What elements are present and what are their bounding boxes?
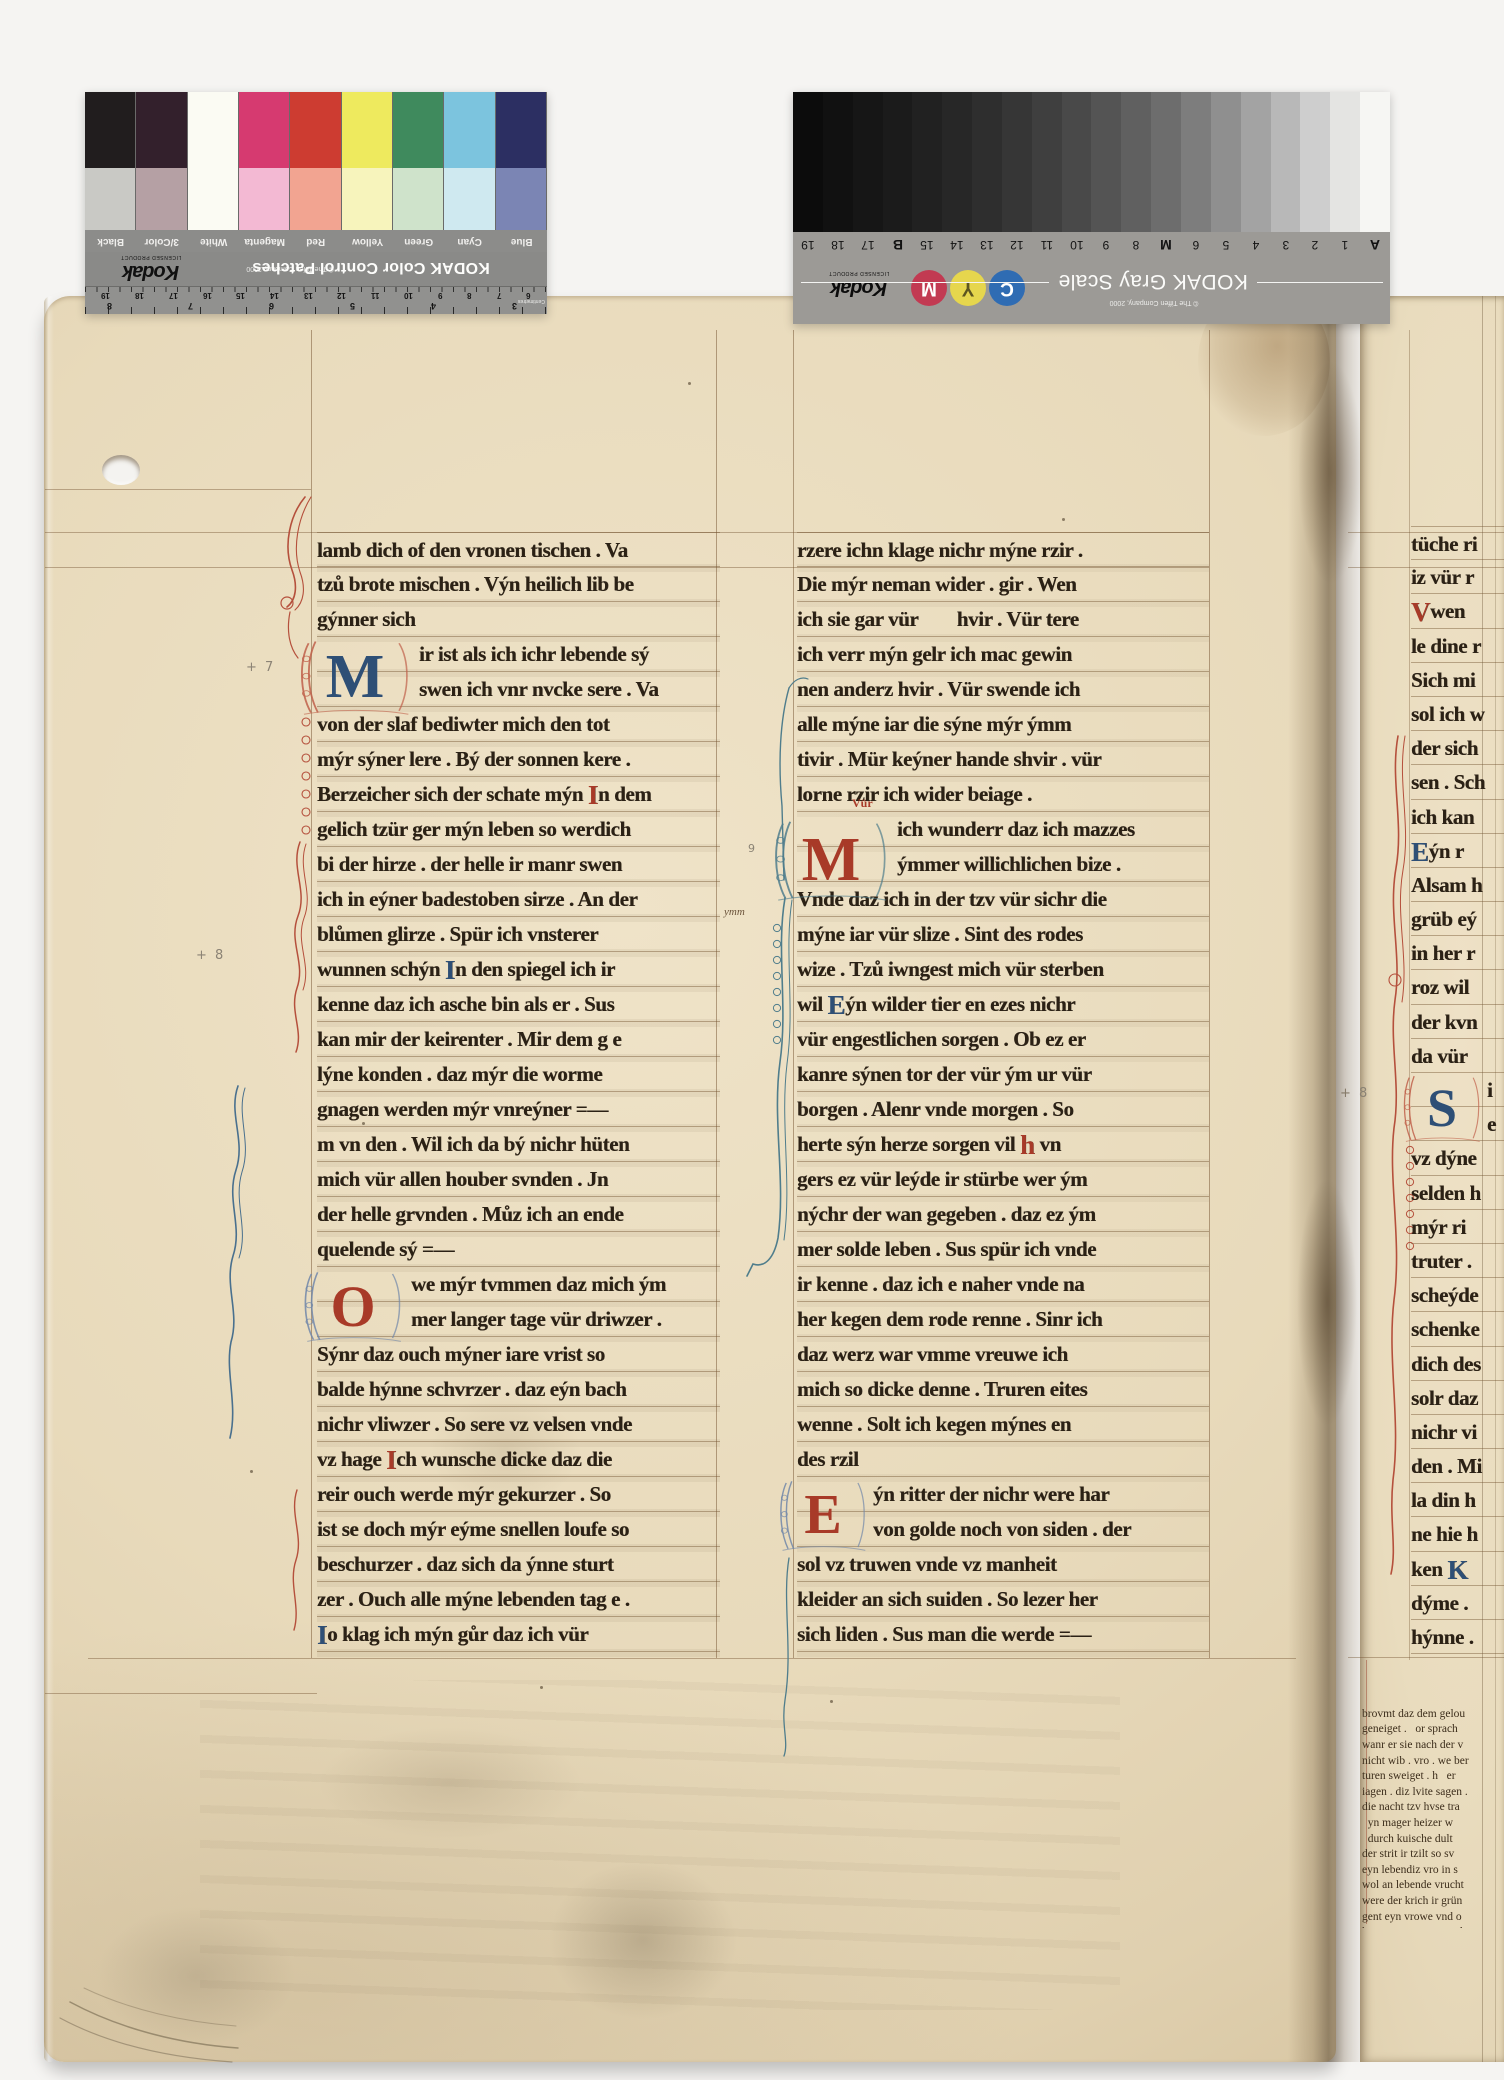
color-patch-tint xyxy=(342,168,392,230)
color-patch-tint xyxy=(496,168,546,230)
color-patch xyxy=(342,92,392,168)
gray-step-label: 14 xyxy=(942,232,972,258)
kodak-logo-text: Kodak xyxy=(99,260,203,283)
color-patch-tint xyxy=(136,168,186,230)
gray-step xyxy=(972,92,1002,232)
gray-step xyxy=(912,92,942,232)
color-patch-label: White xyxy=(188,230,239,252)
color-patch-column xyxy=(496,92,547,230)
color-patch-grid xyxy=(85,92,547,230)
gray-step xyxy=(1330,92,1360,232)
ruler-cm-number: 3 xyxy=(512,301,517,311)
ruler-cm-number: 5 xyxy=(350,301,355,311)
gray-step-label: M xyxy=(1151,232,1181,258)
gray-step-label: 9 xyxy=(1091,232,1121,258)
gloss-line: die nacht tzv hvse tra xyxy=(1362,1800,1504,1816)
color-patch-tint xyxy=(239,168,289,230)
divider-line xyxy=(801,282,1049,283)
ink-speck xyxy=(250,1470,253,1473)
ruling-line-horizontal xyxy=(1348,567,1504,568)
gloss-line: nicht wib . vro . we ber xyxy=(1362,1754,1504,1770)
rubric-correction: Vür xyxy=(852,796,873,811)
gloss-line: yn mager heizer w xyxy=(1362,1816,1504,1832)
gloss-line: der strit ir tzilt so sv xyxy=(1362,1847,1504,1863)
gloss-line: brovmt daz dem gelou xyxy=(1362,1707,1504,1723)
color-card-title: KODAK Color Control Patches xyxy=(203,258,539,276)
parchment-page-left xyxy=(44,296,1336,2062)
kodak-gray-scale-card: 191817B15141312111098M654321A Kodak LICE… xyxy=(793,92,1390,324)
ruler-number: 7 xyxy=(497,291,501,300)
pencil-mark: 9 xyxy=(748,842,755,855)
gloss-line: iagen . diz lvite sagen . xyxy=(1362,1785,1504,1801)
gray-step xyxy=(1032,92,1062,232)
gray-step xyxy=(1360,92,1390,232)
ruler-number: 9 xyxy=(438,291,442,300)
color-patch-column xyxy=(342,92,393,230)
color-patch-label: Yellow xyxy=(342,230,393,252)
gray-step-label: 13 xyxy=(972,232,1002,258)
color-patch xyxy=(496,92,546,168)
gray-step xyxy=(853,92,883,232)
gray-step-label: 12 xyxy=(1002,232,1032,258)
ruling-line-horizontal xyxy=(88,1658,1296,1659)
gloss-line: hane vrowen nam so l xyxy=(1362,1925,1504,1928)
gloss-line: geneiget . or sprach xyxy=(1362,1722,1504,1738)
color-patch-tint xyxy=(393,168,443,230)
color-patch xyxy=(290,92,340,168)
ink-speck xyxy=(1062,518,1065,521)
gray-step-label: 2 xyxy=(1300,232,1330,258)
ruler-cm-number: 8 xyxy=(107,301,112,311)
color-patch-column xyxy=(85,92,136,230)
ruler-cm-number: 4 xyxy=(431,301,436,311)
color-patch xyxy=(444,92,494,168)
ruling-line-vertical xyxy=(311,330,312,1658)
gray-step xyxy=(1241,92,1271,232)
ruling-line-horizontal xyxy=(45,1693,317,1694)
color-patch-labels: Black3/ColorWhiteMagentaRedYellowGreenCy… xyxy=(85,230,547,252)
licensed-product-text: LICENSED PRODUCT xyxy=(99,254,203,260)
gloss-line: eyn lebendiz vro in s xyxy=(1362,1863,1504,1879)
color-patch-label: Green xyxy=(393,230,444,252)
gray-step-label: 4 xyxy=(1241,232,1271,258)
ruling-line-horizontal xyxy=(45,489,311,490)
magenta-ink-dot: M xyxy=(911,270,947,306)
pencil-mark: + 7 xyxy=(246,660,275,675)
ruler-cm-numbers: 876543 xyxy=(107,301,517,311)
ruling-line-horizontal xyxy=(1348,1657,1504,1658)
gray-step xyxy=(823,92,853,232)
ruling-line-horizontal xyxy=(1348,532,1504,533)
divider-line xyxy=(1257,282,1383,283)
gloss-line: wanr er sie nach der v xyxy=(1362,1738,1504,1754)
marginal-gloss: brovmt daz dem gelougeneiget . or sprach… xyxy=(1362,1660,1504,1928)
color-patch-label: Magenta xyxy=(239,230,290,252)
color-patch-column xyxy=(393,92,444,230)
licensed-product-text: LICENSED PRODUCT xyxy=(807,270,911,276)
gray-step xyxy=(1002,92,1032,232)
ruler-numbers: 191817161514131211109876 xyxy=(89,291,543,300)
gray-scale-strip xyxy=(793,92,1390,232)
gray-step xyxy=(1121,92,1151,232)
color-card-ruler: 191817161514131211109876 876543 Centimet… xyxy=(85,286,547,314)
pencil-mark: + 8 xyxy=(1340,1086,1369,1101)
gray-step xyxy=(1211,92,1241,232)
yellow-ink-dot: Y xyxy=(950,270,986,306)
ruler-number: 15 xyxy=(236,291,245,300)
color-patch xyxy=(188,92,238,168)
gray-scale-labels: 191817B15141312111098M654321A xyxy=(793,232,1390,258)
color-patch-label: Cyan xyxy=(444,230,495,252)
ruler-cm-number: 6 xyxy=(269,301,274,311)
catchword-note: ymm xyxy=(724,906,745,918)
gray-step-label: 3 xyxy=(1271,232,1301,258)
kodak-logo-text: Kodak xyxy=(807,276,911,299)
color-patch-label: Red xyxy=(290,230,341,252)
gray-step xyxy=(1181,92,1211,232)
ink-speck xyxy=(830,1700,833,1703)
gray-step-label: B xyxy=(883,232,913,258)
ink-speck xyxy=(688,382,691,385)
gray-step xyxy=(1271,92,1301,232)
ruler-number: 14 xyxy=(270,291,279,300)
ruler-number: 11 xyxy=(371,291,379,300)
pencil-mark: + 8 xyxy=(196,948,225,963)
ruler-number: 16 xyxy=(203,291,212,300)
gray-step-label: 15 xyxy=(912,232,942,258)
color-patch-label: Blue xyxy=(496,230,547,252)
gloss-line: gent eyn vrowe vnd o xyxy=(1362,1910,1504,1926)
color-patch-tint xyxy=(85,168,135,230)
gray-step-label: 11 xyxy=(1032,232,1062,258)
color-patch-column xyxy=(444,92,495,230)
gray-step-label: 5 xyxy=(1211,232,1241,258)
gray-card-title: KODAK Gray Scale xyxy=(1053,269,1253,293)
color-patch xyxy=(136,92,186,168)
color-patch-tint xyxy=(290,168,340,230)
kodak-color-control-patches-card: Black3/ColorWhiteMagentaRedYellowGreenCy… xyxy=(85,92,547,314)
ruler-number: 12 xyxy=(337,291,346,300)
color-patch-tint xyxy=(444,168,494,230)
ink-speck xyxy=(540,1686,543,1689)
gray-card-branding: Kodak LICENSED PRODUCT M Y C KODAK Gray … xyxy=(793,258,1390,324)
gray-step-label: 6 xyxy=(1181,232,1211,258)
ruler-cm-number: 7 xyxy=(188,301,193,311)
color-card-branding: Kodak LICENSED PRODUCT © The Tiffen Comp… xyxy=(85,252,547,286)
gray-step xyxy=(1091,92,1121,232)
ink-speck xyxy=(362,1122,365,1125)
ruling-line-vertical xyxy=(793,330,794,1658)
ruler-number: 8 xyxy=(467,291,471,300)
gray-step-label: 1 xyxy=(1330,232,1360,258)
color-patch-label: Black xyxy=(85,230,136,252)
gloss-line: were der krich ir grün xyxy=(1362,1894,1504,1910)
gray-step-label: A xyxy=(1360,232,1390,258)
gray-step xyxy=(883,92,913,232)
gray-step-label: 10 xyxy=(1062,232,1092,258)
ruler-number: 10 xyxy=(404,291,413,300)
color-patch-tint xyxy=(188,168,238,230)
ruler-unit-label: Centimetres xyxy=(518,298,545,304)
ruling-line-horizontal xyxy=(45,567,1209,568)
kodak-logo: Kodak LICENSED PRODUCT xyxy=(807,270,911,299)
ruling-line-vertical xyxy=(1409,330,1410,1660)
ruling-line-vertical xyxy=(716,330,717,1658)
gloss-line: durch kuische dult xyxy=(1362,1832,1504,1848)
gray-step xyxy=(942,92,972,232)
color-patch-column xyxy=(290,92,341,230)
manuscript-digitization-photo: lamb dich of den vronen tischen . Vatzů … xyxy=(0,0,1504,2080)
gray-step xyxy=(1300,92,1330,232)
color-patch-column xyxy=(136,92,187,230)
ruler-number: 13 xyxy=(304,291,313,300)
gloss-line: turen sweiget . h er xyxy=(1362,1769,1504,1785)
gray-step-label: 18 xyxy=(823,232,853,258)
gray-step xyxy=(1151,92,1181,232)
copyright-text: © The Tiffen Company, 2000 xyxy=(1089,299,1219,306)
cyan-ink-dot: C xyxy=(989,270,1025,306)
color-patch-column xyxy=(239,92,290,230)
color-patch xyxy=(85,92,135,168)
gray-step xyxy=(793,92,823,232)
gray-step-label: 19 xyxy=(793,232,823,258)
ruler-number: 17 xyxy=(169,291,178,300)
ruler-number: 19 xyxy=(101,291,110,300)
color-patch xyxy=(393,92,443,168)
ruling-line-vertical xyxy=(1209,330,1210,1658)
color-patch xyxy=(239,92,289,168)
gloss-line: wol an lebende vrucht xyxy=(1362,1878,1504,1894)
color-patch-column xyxy=(188,92,239,230)
gray-step xyxy=(1062,92,1092,232)
gray-step-label: 8 xyxy=(1121,232,1151,258)
kodak-logo: Kodak LICENSED PRODUCT xyxy=(99,254,203,283)
parchment-hole xyxy=(102,455,140,485)
ruling-line-horizontal xyxy=(45,532,1209,533)
gray-step-label: 17 xyxy=(853,232,883,258)
color-patch-label: 3/Color xyxy=(136,230,187,252)
ruler-number: 18 xyxy=(135,291,144,300)
